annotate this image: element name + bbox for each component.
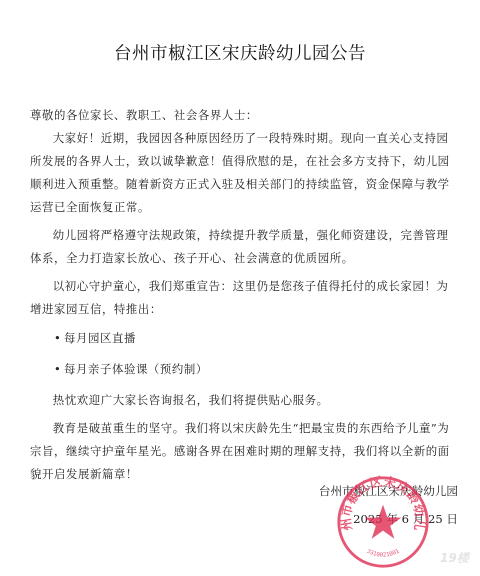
bullet-item: •每月亲子体验课（预约制） [30, 358, 454, 381]
bullet-icon: • [54, 358, 64, 381]
official-seal-icon: 台州市椒江区宋庆龄幼儿园 3310021001 [335, 474, 431, 570]
paragraph-declaration: 以初心守护童心，我们郑重宣告：这里仍是您孩子值得托付的成长家园！为增进家园互信，… [30, 275, 454, 321]
svg-text:3310021001: 3310021001 [365, 548, 401, 558]
paragraph-welcome: 热忱欢迎广大家长咨询报名，我们将提供贴心服务。 [30, 389, 454, 412]
bullet-item: •每月园区直播 [30, 327, 454, 350]
paragraph-apology: 大家好！近期，我园因各种原因经历了一段特殊时期。现向一直关心支持园所发展的各界人… [30, 127, 454, 219]
salutation: 尊敬的各位家长、教职工、社会各界人士： [30, 104, 454, 127]
notice-title: 台州市椒江区宋庆龄幼儿园公告 [0, 40, 480, 65]
bullet-icon: • [54, 327, 64, 350]
paragraph-commitment: 幼儿园将严格遵守法规政策，持续提升教学质量，强化师资建设，完善管理体系，全力打造… [30, 224, 454, 270]
notice-body: 尊敬的各位家长、教职工、社会各界人士： 大家好！近期，我园因各种原因经历了一段特… [30, 104, 454, 491]
watermark-logo: 19楼 [440, 549, 469, 566]
